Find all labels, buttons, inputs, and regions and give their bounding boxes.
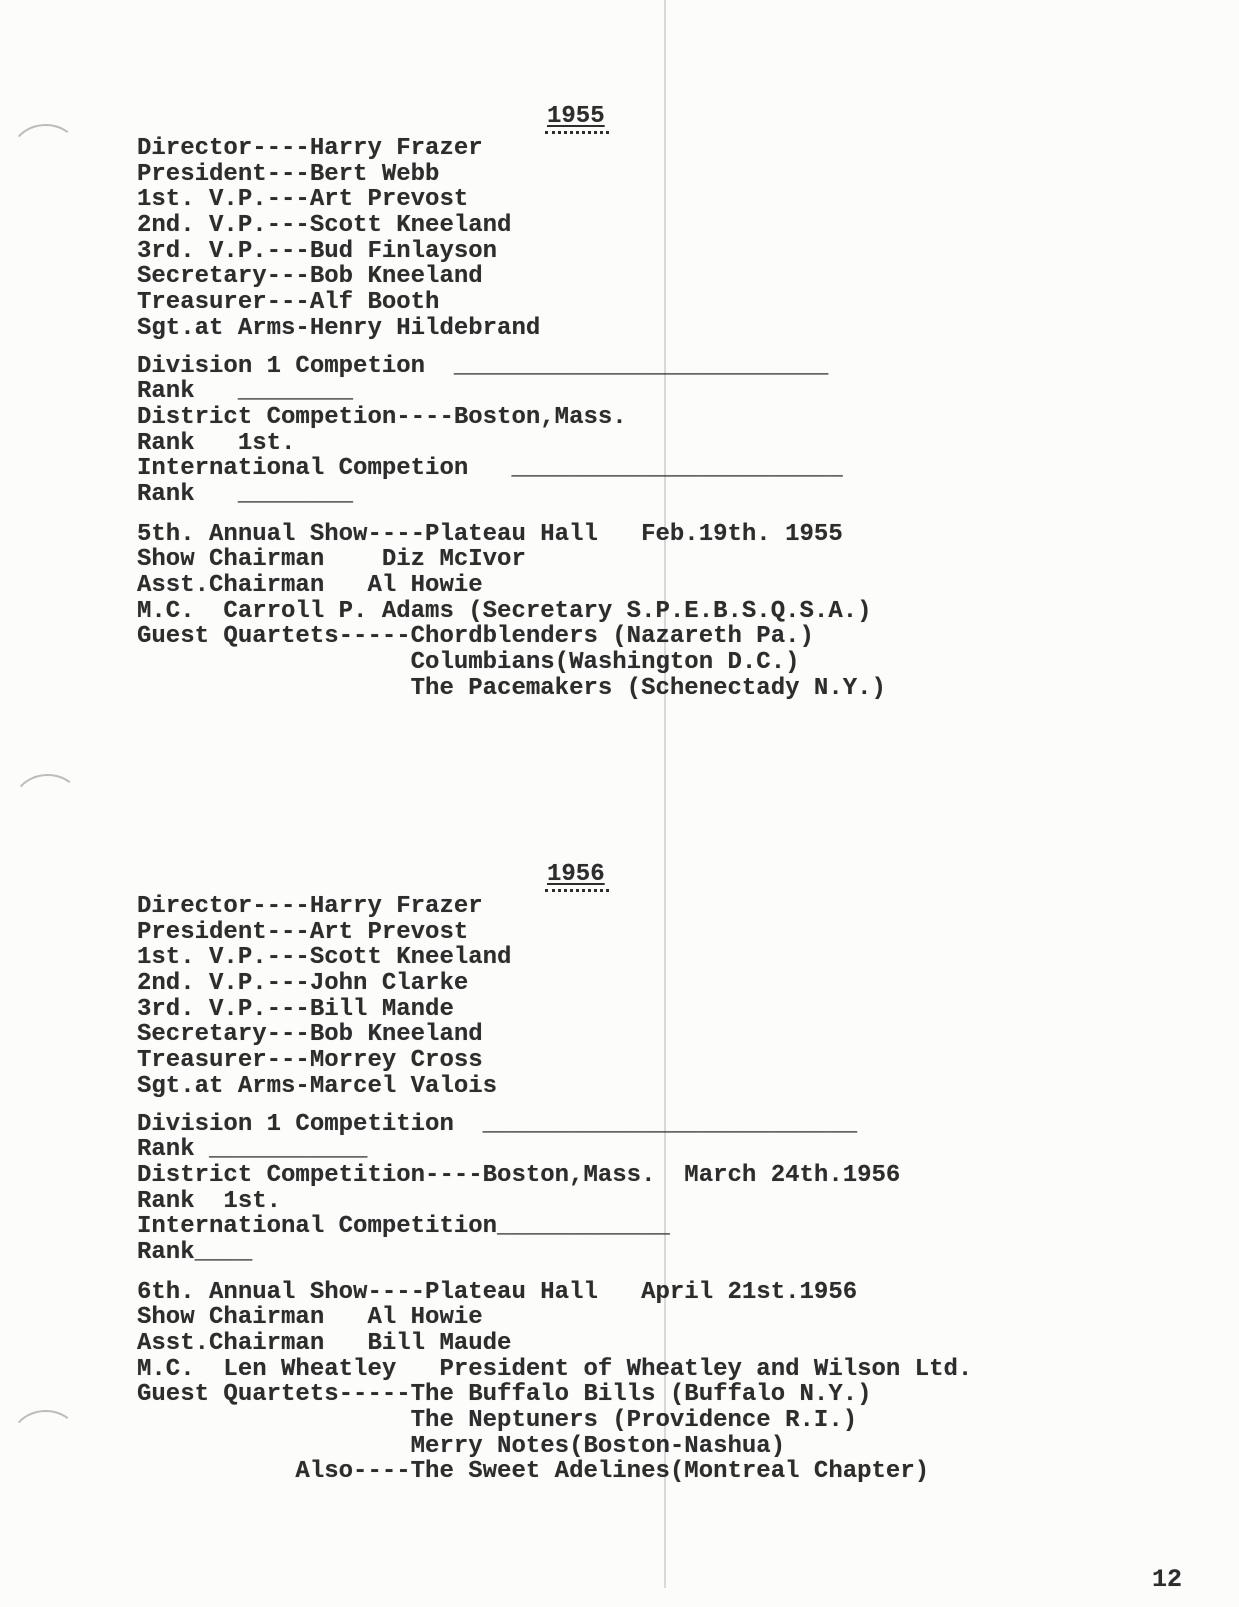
year-heading-1956: 1956 bbox=[547, 862, 605, 888]
show-line: Show Chairman Al Howie bbox=[137, 1305, 972, 1331]
officers-list-1955: Director----Harry Frazer President---Ber… bbox=[137, 136, 886, 342]
competition-line: Division 1 Competition _________________… bbox=[137, 1112, 972, 1138]
competition-line: Rank ________ bbox=[137, 482, 886, 508]
show-line: M.C. Len Wheatley President of Wheatley … bbox=[137, 1357, 972, 1383]
show-line: Asst.Chairman Al Howie bbox=[137, 573, 886, 599]
competition-line: Rank 1st. bbox=[137, 1189, 972, 1215]
officer-line: 1st. V.P.---Scott Kneeland bbox=[137, 945, 972, 971]
competition-line: International Competion ________________… bbox=[137, 456, 886, 482]
officer-line: Treasurer---Alf Booth bbox=[137, 290, 886, 316]
show-line: 6th. Annual Show----Plateau Hall April 2… bbox=[137, 1280, 972, 1306]
officer-line: Secretary---Bob Kneeland bbox=[137, 1022, 972, 1048]
show-line: 5th. Annual Show----Plateau Hall Feb.19t… bbox=[137, 522, 886, 548]
scanned-document-page: 1955 Director----Harry Frazer President-… bbox=[0, 0, 1239, 1607]
officer-line: Director----Harry Frazer bbox=[137, 894, 972, 920]
binder-arc-mark bbox=[7, 121, 82, 189]
section-1956: 1956 Director----Harry Frazer President-… bbox=[137, 862, 972, 1485]
show-line: Guest Quartets-----The Buffalo Bills (Bu… bbox=[137, 1382, 972, 1408]
annual-show-list-1955: 5th. Annual Show----Plateau Hall Feb.19t… bbox=[137, 522, 886, 702]
show-line: Show Chairman Diz McIvor bbox=[137, 547, 886, 573]
show-line: Asst.Chairman Bill Maude bbox=[137, 1331, 972, 1357]
officer-line: 2nd. V.P.---Scott Kneeland bbox=[137, 213, 886, 239]
competition-line: Division 1 Competion ___________________… bbox=[137, 354, 886, 380]
officer-line: 2nd. V.P.---John Clarke bbox=[137, 971, 972, 997]
competition-line: District Competion----Boston,Mass. bbox=[137, 405, 886, 431]
show-line: M.C. Carroll P. Adams (Secretary S.P.E.B… bbox=[137, 599, 886, 625]
binder-arc-mark bbox=[7, 1407, 82, 1475]
officer-line: President---Art Prevost bbox=[137, 920, 972, 946]
competition-line: Rank____ bbox=[137, 1240, 972, 1266]
year-heading-row: 1955 bbox=[547, 104, 886, 130]
show-line: The Pacemakers (Schenectady N.Y.) bbox=[137, 676, 886, 702]
year-heading-1955: 1955 bbox=[547, 104, 605, 130]
show-line: Guest Quartets-----Chordblenders (Nazare… bbox=[137, 624, 886, 650]
binder-arc-mark bbox=[9, 771, 84, 839]
competition-list-1955: Division 1 Competion ___________________… bbox=[137, 354, 886, 508]
competition-line: International Competition____________ bbox=[137, 1214, 972, 1240]
competition-list-1956: Division 1 Competition _________________… bbox=[137, 1112, 972, 1266]
section-1955: 1955 Director----Harry Frazer President-… bbox=[137, 104, 886, 701]
officers-list-1956: Director----Harry Frazer President---Art… bbox=[137, 894, 972, 1100]
show-line: Also----The Sweet Adelines(Montreal Chap… bbox=[137, 1459, 972, 1485]
officer-line: Treasurer---Morrey Cross bbox=[137, 1048, 972, 1074]
officer-line: Director----Harry Frazer bbox=[137, 136, 886, 162]
show-line: Columbians(Washington D.C.) bbox=[137, 650, 886, 676]
annual-show-list-1956: 6th. Annual Show----Plateau Hall April 2… bbox=[137, 1280, 972, 1486]
show-line: Merry Notes(Boston-Nashua) bbox=[137, 1434, 972, 1460]
year-heading-row: 1956 bbox=[547, 862, 972, 888]
officer-line: President---Bert Webb bbox=[137, 162, 886, 188]
officer-line: 3rd. V.P.---Bud Finlayson bbox=[137, 239, 886, 265]
show-line: The Neptuners (Providence R.I.) bbox=[137, 1408, 972, 1434]
officer-line: Secretary---Bob Kneeland bbox=[137, 264, 886, 290]
competition-line: Rank ___________ bbox=[137, 1137, 972, 1163]
competition-line: Rank ________ bbox=[137, 379, 886, 405]
competition-line: Rank 1st. bbox=[137, 431, 886, 457]
officer-line: 3rd. V.P.---Bill Mande bbox=[137, 997, 972, 1023]
officer-line: Sgt.at Arms-Marcel Valois bbox=[137, 1074, 972, 1100]
competition-line: District Competition----Boston,Mass. Mar… bbox=[137, 1163, 972, 1189]
officer-line: Sgt.at Arms-Henry Hildebrand bbox=[137, 316, 886, 342]
officer-line: 1st. V.P.---Art Prevost bbox=[137, 187, 886, 213]
page-number: 12 bbox=[1152, 1566, 1182, 1594]
